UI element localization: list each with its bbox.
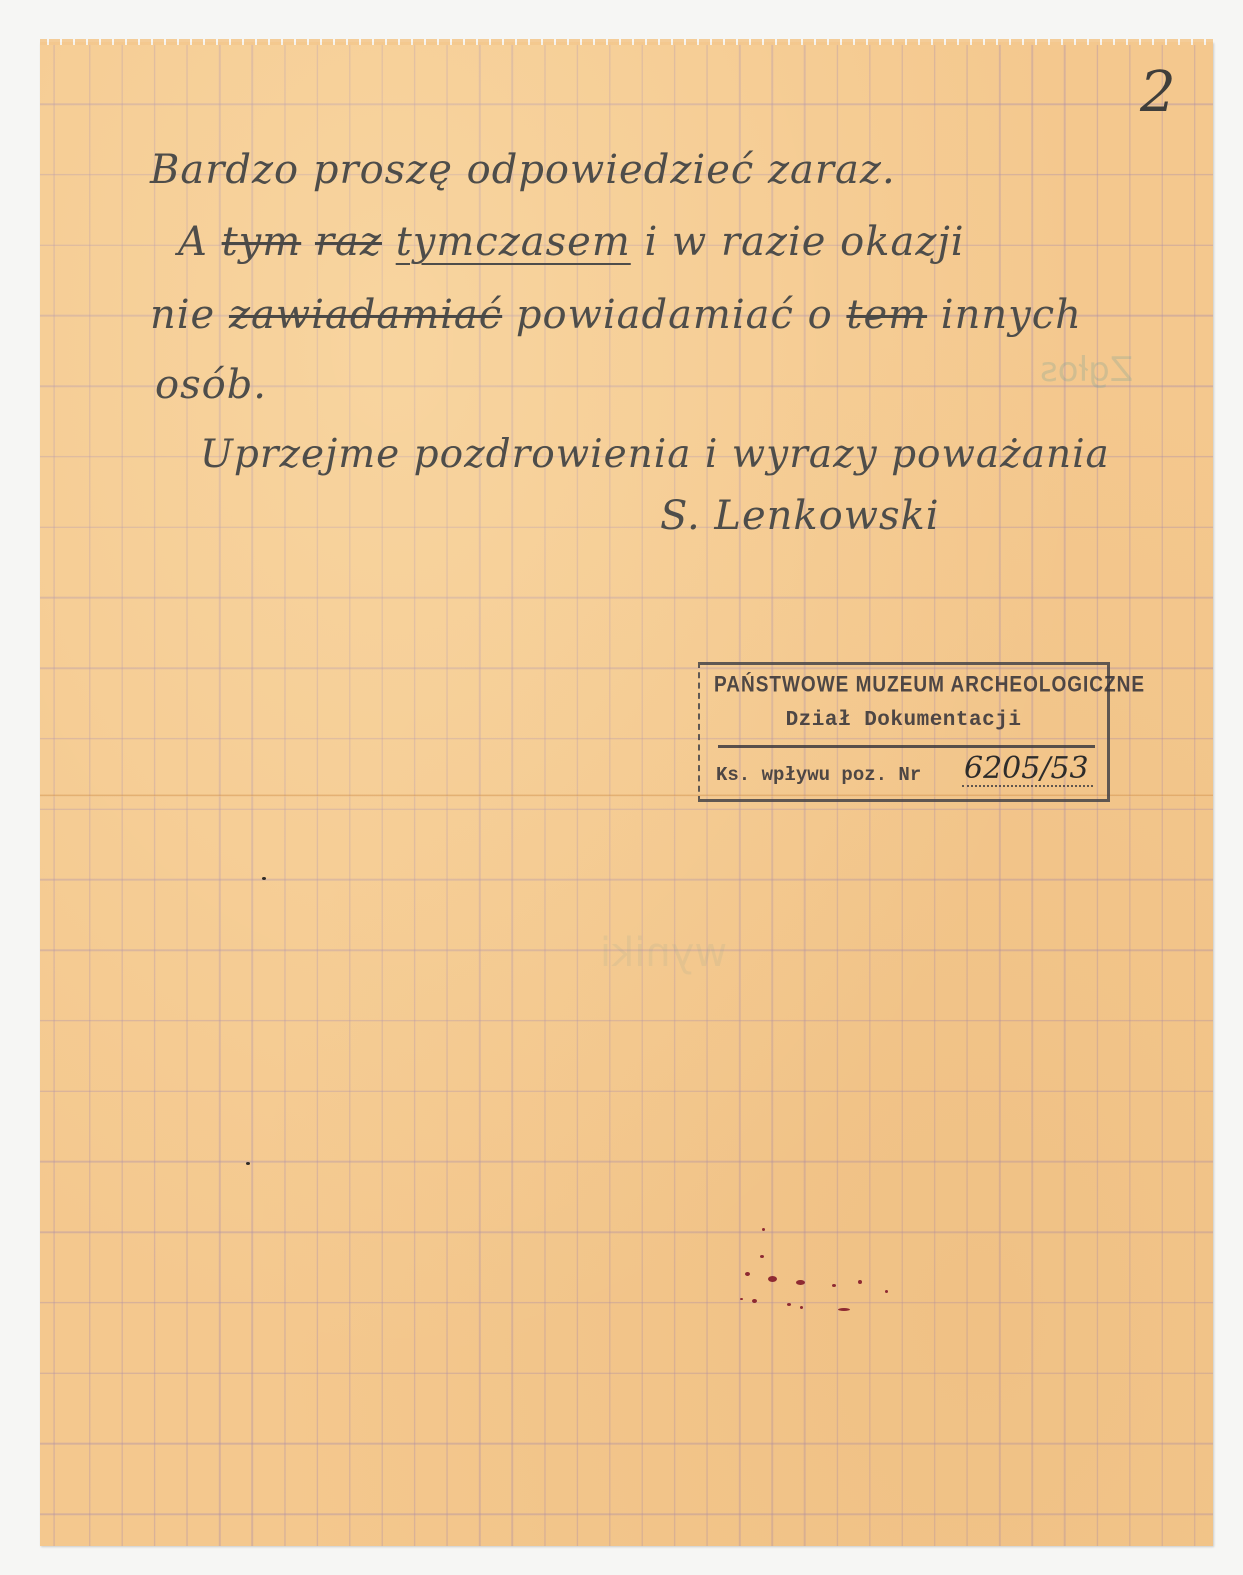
pencil-dot xyxy=(262,877,266,880)
torn-top-edge xyxy=(40,39,1213,45)
struck-word: raz xyxy=(315,219,382,265)
page-number: 2 xyxy=(1140,60,1176,125)
struck-word: tem xyxy=(846,292,927,338)
stamp-institution: PAŃSTWOWE MUZEUM ARCHEOLOGICZNE xyxy=(714,673,1145,698)
underlined-word: tymczasem xyxy=(396,219,631,265)
letter-line-4: osób. xyxy=(155,365,267,405)
signature: S. Lenkowski xyxy=(660,496,940,536)
letter-line-2: A tym raz tymczasem i w razie okazji xyxy=(178,222,965,262)
letter-line-3: nie zawiadamiać powiadamiać o tem innych xyxy=(150,295,1082,335)
stamp-accession-number: 6205/53 xyxy=(962,753,1093,787)
letter-closing: Uprzejme pozdrowienia i wyrazy poważania xyxy=(200,435,1110,474)
stamp-department: Dział Dokumentacji xyxy=(700,709,1107,732)
archive-stamp: PAŃSTWOWE MUZEUM ARCHEOLOGICZNE Dział Do… xyxy=(698,662,1110,802)
struck-word: tym xyxy=(222,219,302,265)
stamp-accession-label: Ks. wpływu poz. Nr xyxy=(716,764,921,786)
stamp-divider xyxy=(718,745,1095,748)
struck-word: zawiadamiać xyxy=(229,292,502,338)
pencil-dot xyxy=(246,1162,250,1165)
letter-line-1: Bardzo proszę odpowiedzieć zaraz. xyxy=(150,150,896,190)
